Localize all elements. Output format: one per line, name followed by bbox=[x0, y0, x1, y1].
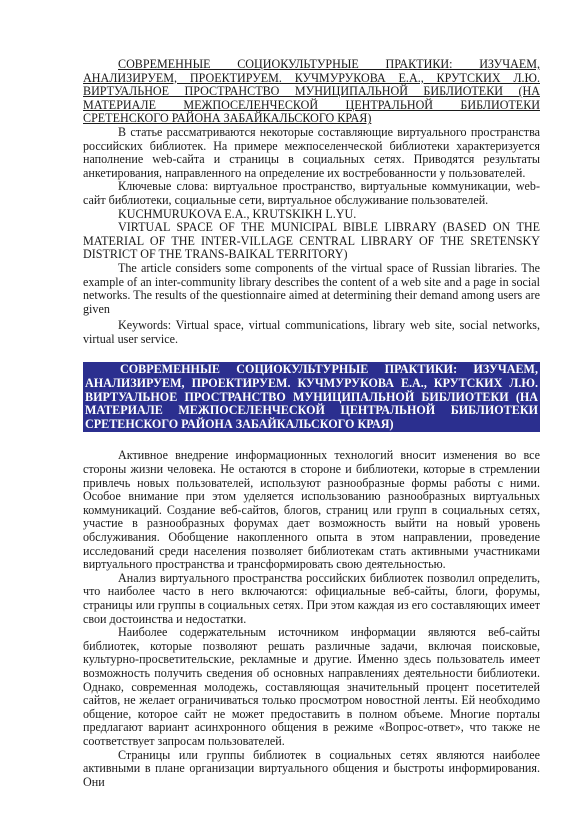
keywords-ru: Ключевые слова: виртуальное пространство… bbox=[83, 180, 540, 207]
spacer bbox=[83, 432, 540, 449]
title-en: VIRTUAL SPACE OF THE MUNICIPAL BIBLE LIB… bbox=[83, 221, 540, 262]
body-paragraph: Наиболее содержательным источником инфор… bbox=[83, 626, 540, 748]
abstract-en: The article considers some components of… bbox=[83, 262, 540, 316]
keywords-en: Keywords: Virtual space, virtual communi… bbox=[83, 319, 540, 346]
abstract-ru: В статье рассматриваются некоторые соста… bbox=[83, 126, 540, 180]
section-title-banner: СОВРЕМЕННЫЕ СОЦИОКУЛЬТУРНЫЕ ПРАКТИКИ: ИЗ… bbox=[83, 362, 540, 432]
article-title-link[interactable]: СОВРЕМЕННЫЕ СОЦИОКУЛЬТУРНЫЕ ПРАКТИКИ: ИЗ… bbox=[83, 58, 540, 126]
authors-en: KUCHMURUKOVA E.A., KRUTSKIKH L.YU. bbox=[83, 208, 540, 222]
document-page: СОВРЕМЕННЫЕ СОЦИОКУЛЬТУРНЫЕ ПРАКТИКИ: ИЗ… bbox=[83, 58, 540, 789]
body-paragraph: Активное внедрение информационных технол… bbox=[83, 449, 540, 571]
title-link[interactable]: СОВРЕМЕННЫЕ СОЦИОКУЛЬТУРНЫЕ ПРАКТИКИ: ИЗ… bbox=[83, 57, 540, 125]
body-paragraph: Анализ виртуального пространства российс… bbox=[83, 572, 540, 626]
body-paragraph: Страницы или группы библиотек в социальн… bbox=[83, 749, 540, 790]
